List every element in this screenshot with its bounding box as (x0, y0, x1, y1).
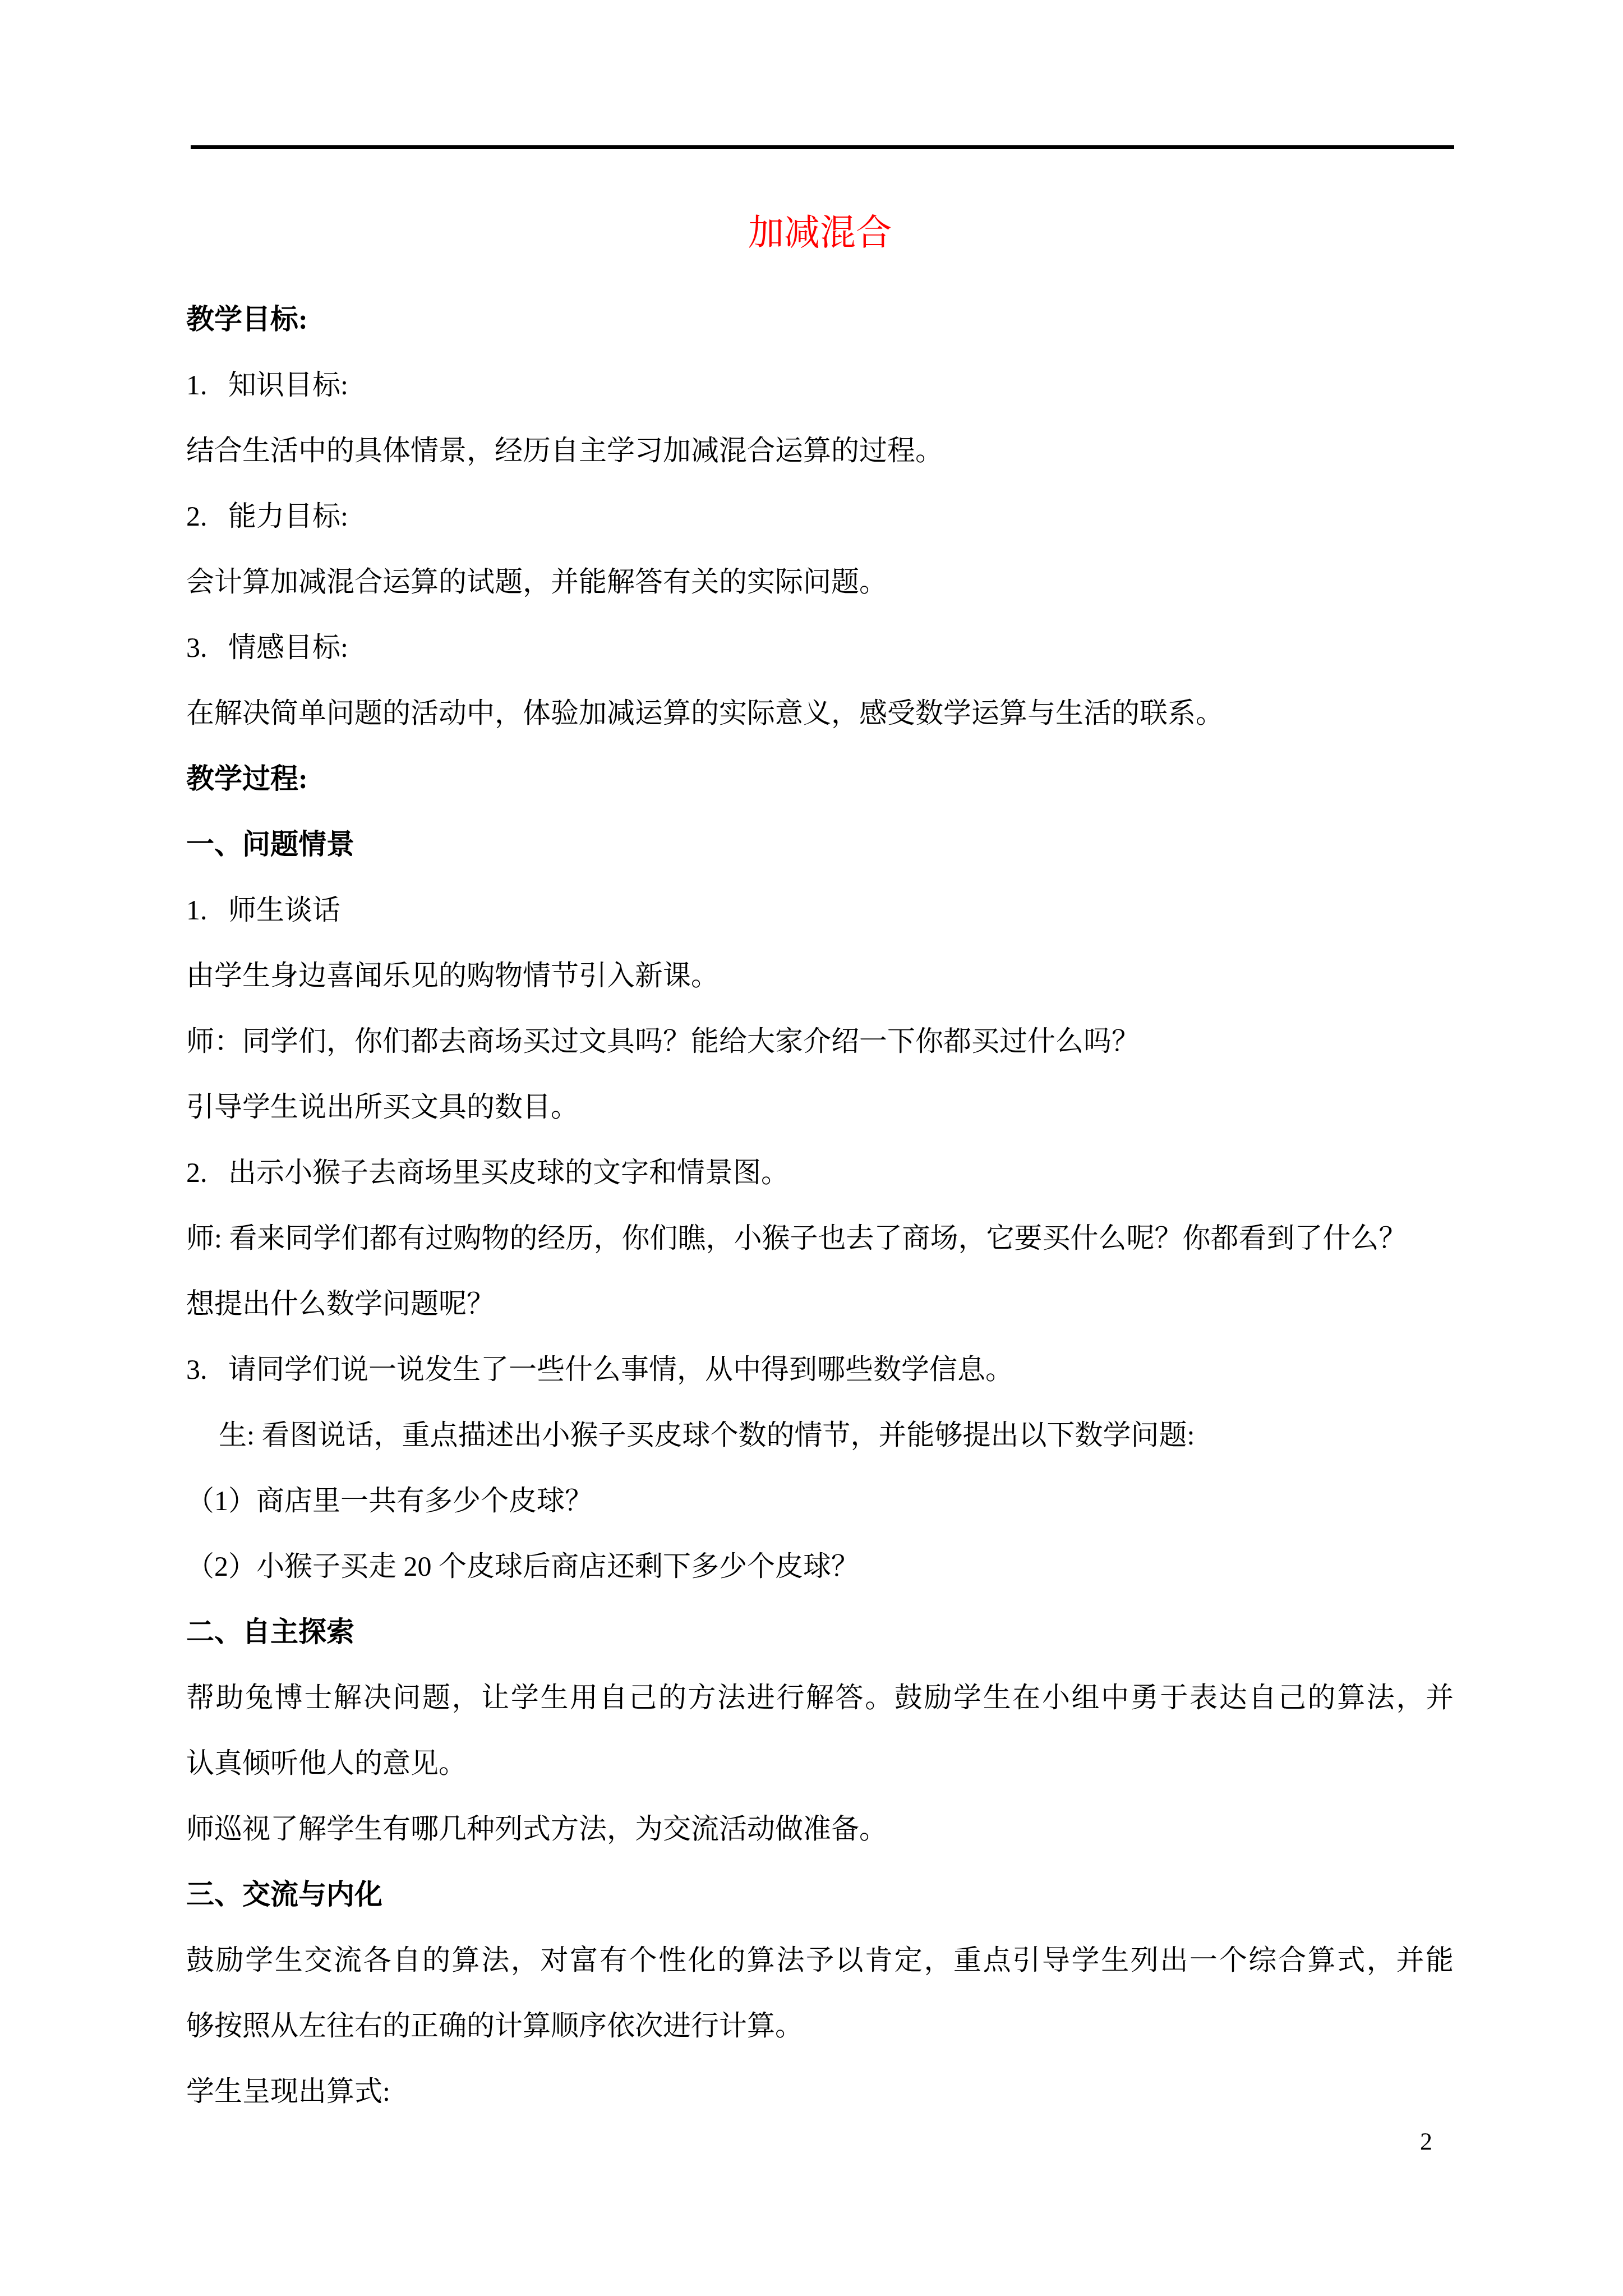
text-line: 引导学生说出所买文具的数目。 (186, 1074, 1454, 1140)
text-line: 由学生身边喜闻乐见的购物情节引入新课。 (186, 943, 1454, 1009)
text-line: 三、交流与内化 (186, 1862, 1454, 1927)
text-line: 师巡视了解学生有哪几种列式方法，为交流活动做准备。 (186, 1796, 1454, 1862)
text-line: 鼓励学生交流各自的算法，对富有个性化的算法予以肯定，重点引导学生列出一个综合算式… (186, 1927, 1454, 1993)
document-page: { "document": { "title": "加减混合", "title_… (0, 0, 1623, 2296)
text-line: 1. 知识目标: (186, 352, 1454, 418)
text-line: 在解决简单问题的活动中，体验加减运算的实际意义，感受数学运算与生活的联系。 (186, 680, 1454, 746)
text-line: 2. 出示小猴子去商场里买皮球的文字和情景图。 (186, 1140, 1454, 1205)
text-line: 会计算加减混合运算的试题，并能解答有关的实际问题。 (186, 549, 1454, 615)
text-line: 二、自主探索 (186, 1599, 1454, 1665)
text-line: 2. 能力目标: (186, 484, 1454, 549)
document-content: 加减混合 教学目标:1. 知识目标:结合生活中的具体情景，经历自主学习加减混合运… (186, 208, 1454, 2124)
text-line: 想提出什么数学问题呢？ (186, 1271, 1454, 1337)
text-line: 师：同学们，你们都去商场买过文具吗？能给大家介绍一下你都买过什么吗？ (186, 1009, 1454, 1074)
page-number: 2 (1420, 2128, 1432, 2156)
text-line: （2）小猴子买走 20 个皮球后商店还剩下多少个皮球？ (186, 1534, 1454, 1599)
text-line: 3. 情感目标: (186, 615, 1454, 680)
text-line: 生: 看图说话，重点描述出小猴子买皮球个数的情节，并能够提出以下数学问题: (186, 1402, 1454, 1468)
text-line: 1. 师生谈话 (186, 877, 1454, 943)
text-line: 教学过程: (186, 746, 1454, 812)
text-line: 3. 请同学们说一说发生了一些什么事情，从中得到哪些数学信息。 (186, 1337, 1454, 1402)
text-line: 结合生活中的具体情景，经历自主学习加减混合运算的过程。 (186, 418, 1454, 484)
text-line: 教学目标: (186, 287, 1454, 352)
header-rule (191, 145, 1454, 149)
text-line: 认真倾听他人的意见。 (186, 1731, 1454, 1796)
text-line: （1）商店里一共有多少个皮球？ (186, 1468, 1454, 1534)
text-line: 帮助兔博士解决问题，让学生用自己的方法进行解答。鼓励学生在小组中勇于表达自己的算… (186, 1665, 1454, 1731)
text-lines: 教学目标:1. 知识目标:结合生活中的具体情景，经历自主学习加减混合运算的过程。… (186, 287, 1454, 2124)
document-title: 加减混合 (186, 208, 1454, 258)
text-line: 学生呈现出算式: (186, 2059, 1454, 2124)
text-line: 一、问题情景 (186, 812, 1454, 877)
text-line: 够按照从左往右的正确的计算顺序依次进行计算。 (186, 1993, 1454, 2059)
text-line: 师: 看来同学们都有过购物的经历，你们瞧，小猴子也去了商场，它要买什么呢？你都看… (186, 1205, 1454, 1271)
